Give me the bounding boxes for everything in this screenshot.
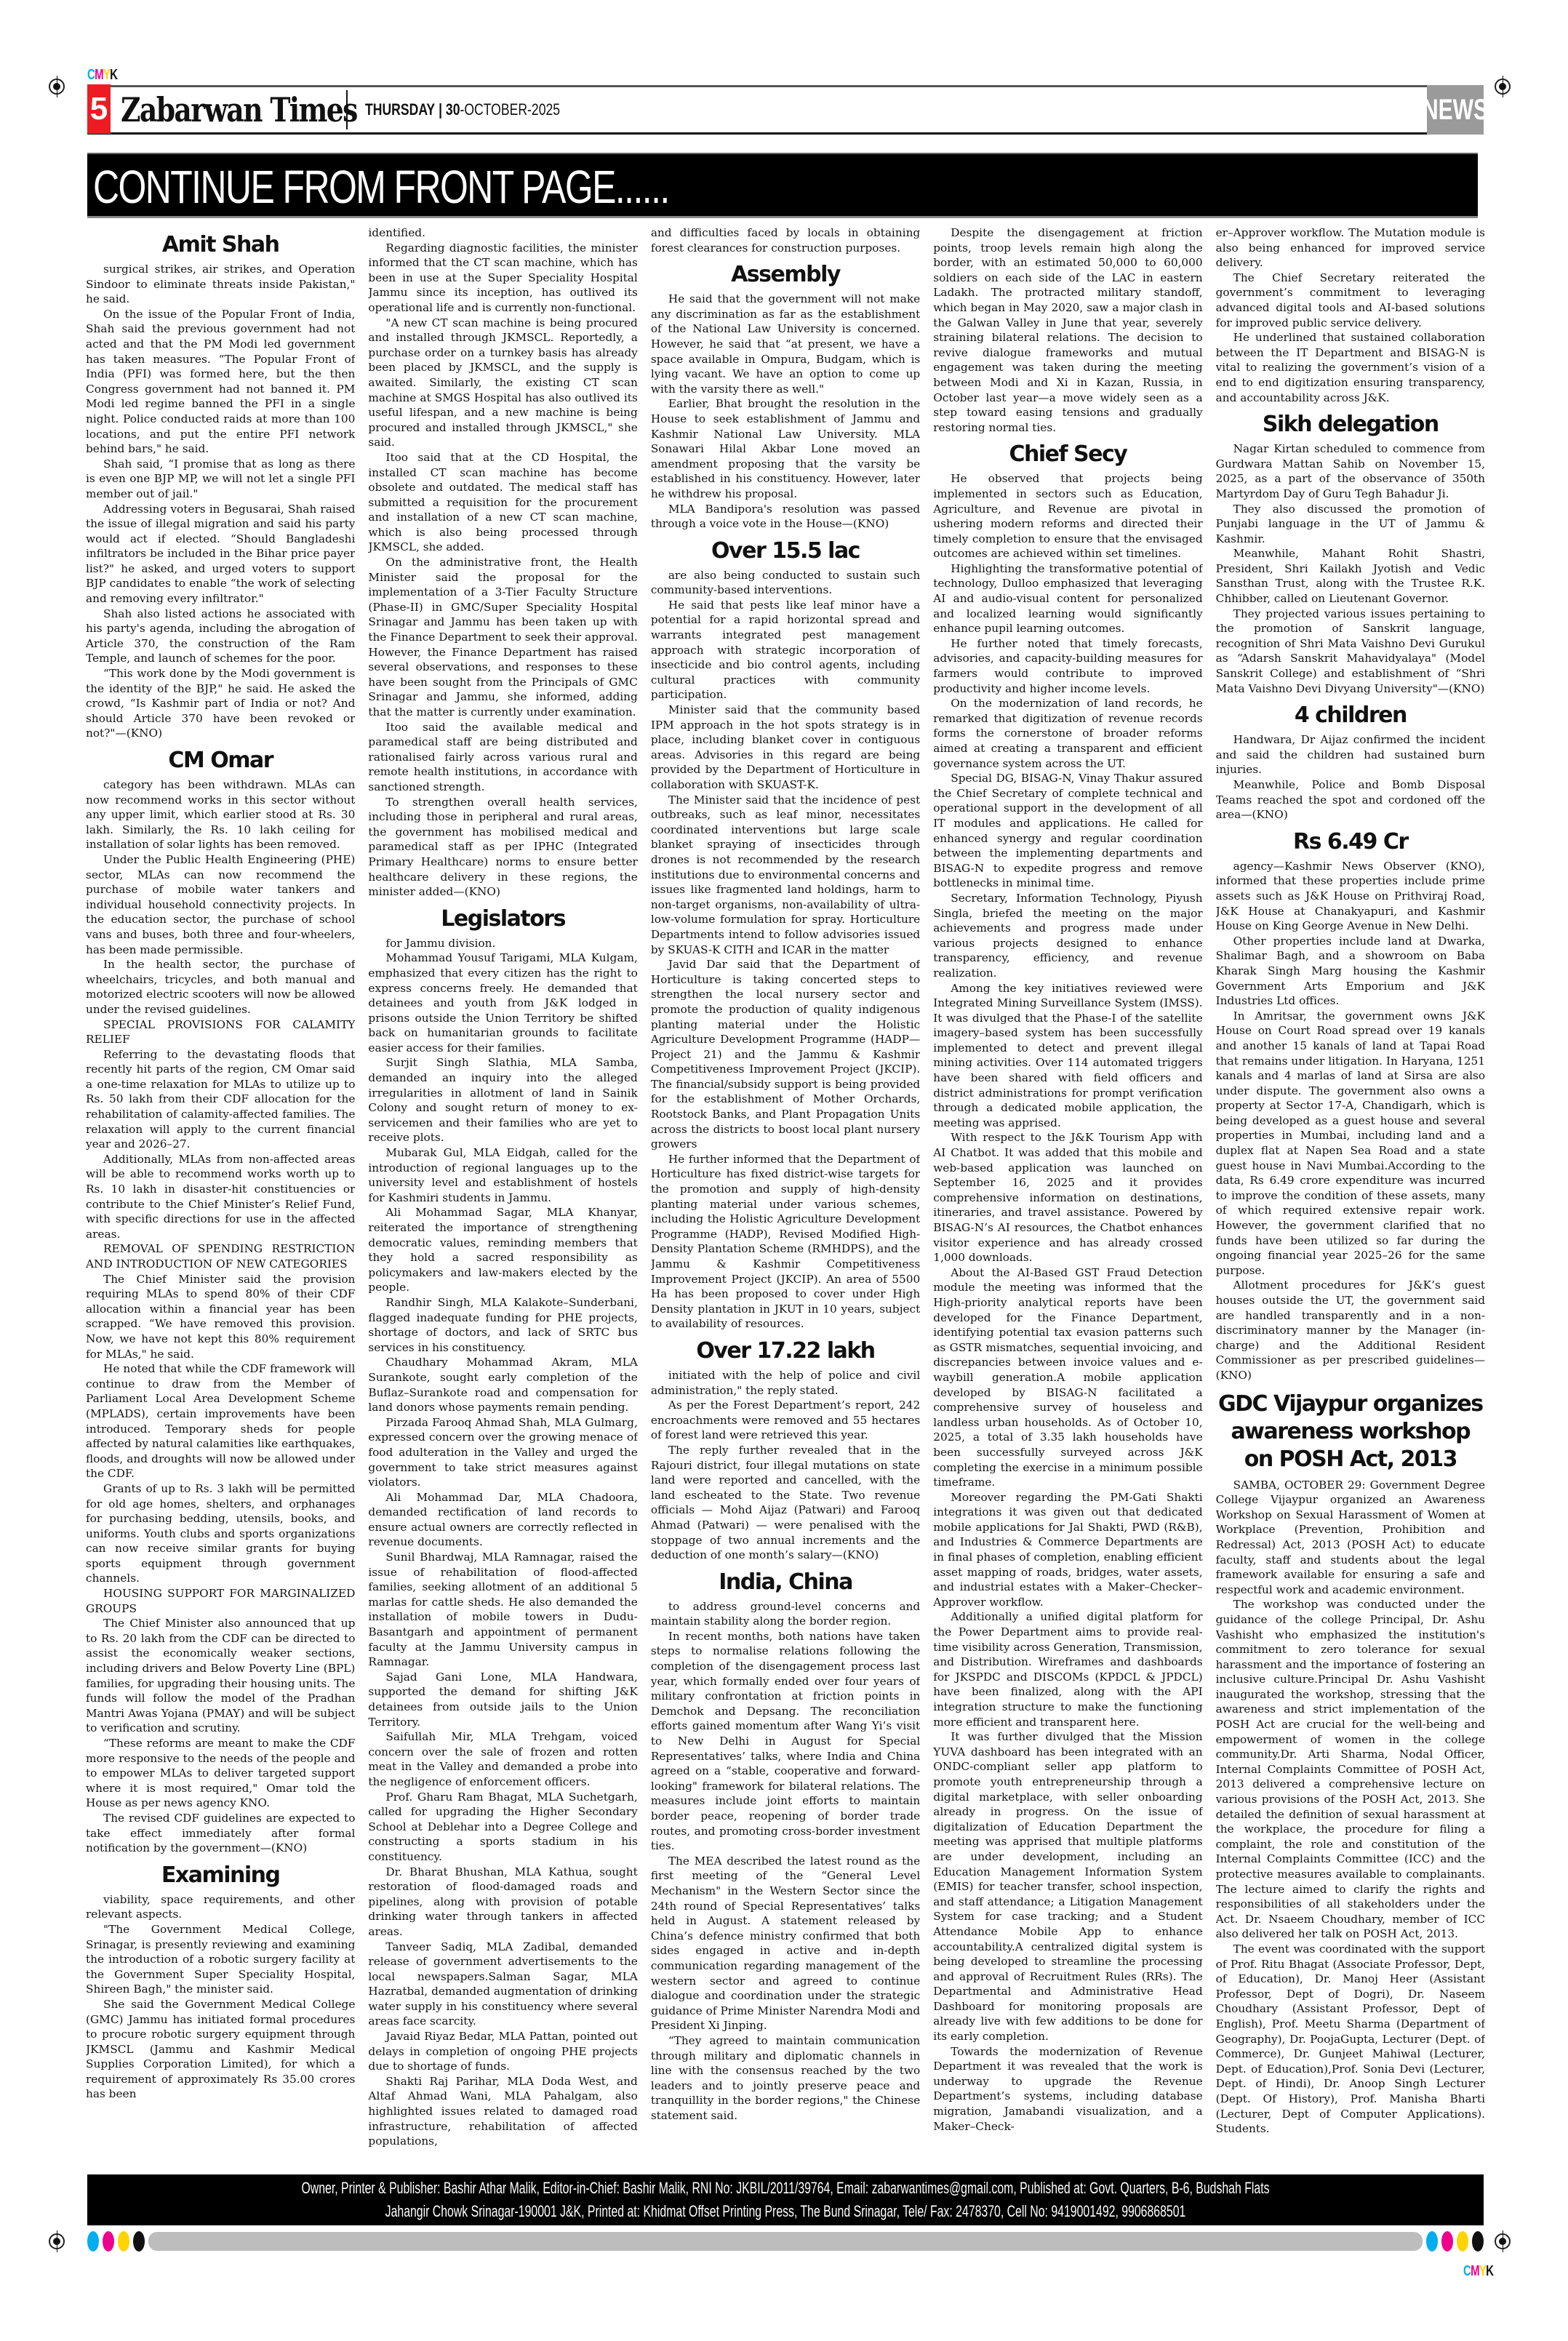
magenta-swatch: [1441, 2231, 1453, 2252]
article-headline: CM Omar: [86, 748, 355, 773]
registration-mark-icon: [1495, 79, 1511, 95]
article-paragraph: category has been withdrawn. MLAs can no…: [86, 777, 355, 852]
cyan-swatch: [87, 2231, 99, 2252]
article-paragraph: SPECIAL PROVISIONS FOR CALAMITY RELIEF: [86, 1017, 355, 1047]
article-paragraph: Additionally, MLAs from non-affected are…: [86, 1152, 355, 1242]
article-headline: Rs 6.49 Cr: [1216, 830, 1485, 855]
article-paragraph: The reply further revealed that in the R…: [651, 1443, 920, 1563]
article-paragraph: Regarding diagnostic facilities, the min…: [368, 241, 637, 316]
cmyk-c: C: [87, 67, 95, 83]
paper-name: Zabarwan Times: [121, 90, 335, 129]
article-paragraph: REMOVAL OF SPENDING RESTRICTION AND INTR…: [86, 1241, 355, 1271]
article-paragraph: Prof. Gharu Ram Bhagat, MLA Suchetgarh, …: [368, 1790, 637, 1865]
column-3: and difficulties faced by locals in obta…: [651, 225, 920, 2167]
article-paragraph: Allotment procedures for J&K’s guest hou…: [1216, 1278, 1485, 1382]
registration-mark-icon: [49, 2233, 65, 2249]
cmyk-y: Y: [103, 67, 110, 83]
cmyk-k: K: [1486, 2263, 1493, 2279]
issue-date: THURSDAY | 30-OCTOBER-2025: [365, 100, 560, 119]
article-paragraph: Javid Dar said that the Department of Ho…: [651, 957, 920, 1152]
section-label-text: NEWS: [1423, 94, 1488, 127]
article-headline: Assembly: [651, 263, 920, 287]
article-paragraph: Towards the modernization of Revenue Dep…: [933, 2044, 1202, 2134]
cmyk-k: K: [110, 67, 117, 83]
article-paragraph: SAMBA, OCTOBER 29: Government Degree Col…: [1216, 1478, 1485, 1598]
gray-bar: [148, 2232, 1423, 2251]
column-5: er–Approver workflow. The Mutation modul…: [1216, 225, 1485, 2167]
article-paragraph: He said that the government will not mak…: [651, 292, 920, 396]
article-paragraph: About the AI-Based GST Fraud Detection m…: [933, 1265, 1202, 1490]
article-paragraph: Under the Public Health Engineering (PHE…: [86, 852, 355, 957]
article-paragraph: Sunil Bhardwaj, MLA Ramnagar, raised the…: [368, 1550, 637, 1670]
article-headline: Over 17.22 lakh: [651, 1339, 920, 1364]
article-paragraph: “This work done by the Modi government i…: [86, 666, 355, 741]
article-paragraph: In recent months, both nations have take…: [651, 1629, 920, 1854]
article-paragraph: Itoo said that at the CD Hospital, the i…: [368, 450, 637, 555]
issue-day: THURSDAY: [365, 100, 435, 119]
article-paragraph: Earlier, Bhat brought the resolution in …: [651, 396, 920, 501]
article-columns: Amit Shahsurgical strikes, air strikes, …: [86, 225, 1485, 2167]
imprint-line-2: Jahangir Chowk Srinagar-190001 J&K, Prin…: [283, 2200, 1288, 2223]
cmyk-mark-top: CMYK: [87, 67, 117, 84]
column-1: Amit Shahsurgical strikes, air strikes, …: [86, 225, 355, 2167]
article-headline: Amit Shah: [86, 233, 355, 257]
cmyk-mark-bottom: CMYK: [1463, 2263, 1493, 2280]
cmyk-m: M: [1471, 2263, 1479, 2279]
article-paragraph: Shah also listed actions he associated w…: [86, 607, 355, 666]
cmyk-m: M: [95, 67, 103, 83]
article-headline: 4 children: [1216, 703, 1485, 728]
article-paragraph: He observed that projects being implemen…: [933, 471, 1202, 561]
article-paragraph: Mohammad Yousuf Tarigami, MLA Kulgam, em…: [368, 951, 637, 1055]
article-paragraph: On the issue of the Popular Front of Ind…: [86, 307, 355, 457]
article-paragraph: "The Government Medical College, Srinaga…: [86, 1922, 355, 1997]
article-paragraph: HOUSING SUPPORT FOR MARGINALIZED GROUPS: [86, 1586, 355, 1616]
article-paragraph: and difficulties faced by locals in obta…: [651, 225, 920, 255]
section-label: NEWS: [1427, 85, 1484, 135]
magenta-swatch: [103, 2231, 114, 2252]
article-paragraph: He underlined that sustained collaborati…: [1216, 330, 1485, 405]
article-paragraph: The Minister said that the incidence of …: [651, 793, 920, 958]
article-paragraph: Grants of up to Rs. 3 lakh will be permi…: [86, 1481, 355, 1586]
article-paragraph: Pirzada Farooq Ahmad Shah, MLA Gulmarg, …: [368, 1415, 637, 1490]
article-paragraph: MLA Bandipora's resolution was passed th…: [651, 502, 920, 532]
article-paragraph: He noted that while the CDF framework wi…: [86, 1361, 355, 1481]
article-paragraph: identified.: [368, 225, 637, 241]
article-paragraph: Other properties include land at Dwarka,…: [1216, 934, 1485, 1009]
page-number: 5: [87, 84, 111, 134]
black-swatch: [133, 2231, 145, 2252]
cmyk-y: Y: [1479, 2263, 1486, 2279]
article-headline: GDC Vijaypur organizes awareness worksho…: [1216, 1390, 1485, 1473]
article-paragraph: He further noted that timely forecasts, …: [933, 636, 1202, 696]
article-paragraph: On the administrative front, the Health …: [368, 555, 637, 720]
article-paragraph: for Jammu division.: [368, 936, 637, 951]
article-paragraph: In the health sector, the purchase of wh…: [86, 957, 355, 1017]
article-paragraph: Dr. Bharat Bhushan, MLA Kathua, sought r…: [368, 1865, 637, 1940]
issue-date-day: 30: [446, 100, 460, 119]
column-2: identified.Regarding diagnostic faciliti…: [368, 225, 637, 2167]
article-paragraph: Shakti Raj Parihar, MLA Doda West, and A…: [368, 2074, 637, 2149]
imprint-line-1: Owner, Printer & Publisher: Bashir Athar…: [283, 2177, 1288, 2200]
article-paragraph: Itoo said the available medical and para…: [368, 720, 637, 795]
issue-date-rest: -OCTOBER-2025: [460, 100, 560, 119]
article-paragraph: Nagar Kirtan scheduled to commence from …: [1216, 441, 1485, 501]
yellow-swatch: [1457, 2231, 1468, 2252]
article-paragraph: Surjit Singh Slathia, MLA Samba, demande…: [368, 1055, 637, 1145]
article-paragraph: Shah said, “I promise that as long as th…: [86, 457, 355, 502]
article-paragraph: With respect to the J&K Tourism App with…: [933, 1130, 1202, 1265]
article-headline: India, China: [651, 1570, 920, 1595]
article-paragraph: are also being conducted to sustain such…: [651, 568, 920, 598]
article-paragraph: Addressing voters in Begusarai, Shah rai…: [86, 502, 355, 607]
article-paragraph: As per the Forest Department’s report, 2…: [651, 1398, 920, 1443]
article-paragraph: He said that pests like leaf minor have …: [651, 598, 920, 703]
article-paragraph: The Chief Minister also announced that u…: [86, 1616, 355, 1736]
article-paragraph: He further informed that the Department …: [651, 1152, 920, 1332]
article-paragraph: surgical strikes, air strikes, and Opera…: [86, 262, 355, 307]
article-paragraph: The MEA described the latest round as th…: [651, 1854, 920, 2033]
column-4: Despite the disengagement at friction po…: [933, 225, 1202, 2167]
article-paragraph: Moreover regarding the PM-Gati Shakti in…: [933, 1490, 1202, 1610]
color-calibration-strip: [87, 2231, 1484, 2252]
article-headline: Over 15.5 lac: [651, 539, 920, 564]
banner-title: CONTINUE FROM FRONT PAGE......: [93, 160, 669, 214]
article-paragraph: The revised CDF guidelines are expected …: [86, 1811, 355, 1856]
cyan-swatch: [1426, 2231, 1438, 2252]
registration-mark-icon: [1495, 2233, 1511, 2249]
article-paragraph: To strengthen overall health services, i…: [368, 795, 637, 900]
article-paragraph: Javaid Riyaz Bedar, MLA Pattan, pointed …: [368, 2029, 637, 2074]
black-swatch: [1472, 2231, 1484, 2252]
article-paragraph: Meanwhile, Mahant Rohit Shastri, Preside…: [1216, 546, 1485, 606]
masthead: 5 Zabarwan Times THURSDAY | 30-OCTOBER-2…: [87, 85, 1484, 135]
section-banner: CONTINUE FROM FRONT PAGE......: [87, 153, 1478, 218]
article-paragraph: It was further divulged that the Mission…: [933, 1729, 1202, 2044]
article-paragraph: The workshop was conducted under the gui…: [1216, 1597, 1485, 1942]
article-paragraph: “These reforms are meant to make the CDF…: [86, 1736, 355, 1811]
article-paragraph: Chaudhary Mohammad Akram, MLA Surankote,…: [368, 1355, 637, 1414]
article-paragraph: Sajad Gani Lone, MLA Handwara, supported…: [368, 1670, 637, 1729]
article-paragraph: initiated with the help of police and ci…: [651, 1368, 920, 1398]
article-paragraph: Despite the disengagement at friction po…: [933, 225, 1202, 435]
article-paragraph: The Chief Minister said the provision re…: [86, 1272, 355, 1362]
imprint-footer: Owner, Printer & Publisher: Bashir Athar…: [87, 2174, 1484, 2225]
article-paragraph: They projected various issues pertaining…: [1216, 607, 1485, 697]
article-paragraph: On the modernization of land records, he…: [933, 696, 1202, 771]
article-paragraph: “They agreed to maintain communication t…: [651, 2033, 920, 2124]
cmyk-c: C: [1463, 2263, 1471, 2279]
yellow-swatch: [118, 2231, 129, 2252]
article-paragraph: In Amritsar, the government owns J&K Hou…: [1216, 1009, 1485, 1278]
registration-mark-icon: [49, 79, 65, 95]
date-separator: |: [439, 100, 442, 119]
article-paragraph: The event was coordinated with the suppo…: [1216, 1942, 1485, 2137]
article-paragraph: Referring to the devastating floods that…: [86, 1047, 355, 1152]
article-paragraph: er–Approver workflow. The Mutation modul…: [1216, 225, 1485, 271]
article-paragraph: Secretary, Information Technology, Piyus…: [933, 891, 1202, 981]
article-paragraph: Ali Mohammad Dar, MLA Chadoora, demanded…: [368, 1490, 637, 1550]
article-paragraph: Highlighting the transformative potentia…: [933, 561, 1202, 636]
article-paragraph: Minister said that the community based I…: [651, 703, 920, 793]
article-paragraph: Meanwhile, Police and Bomb Disposal Team…: [1216, 777, 1485, 823]
article-paragraph: viability, space requirements, and other…: [86, 1892, 355, 1922]
article-paragraph: They also discussed the promotion of Pun…: [1216, 502, 1485, 547]
article-paragraph: Randhir Singh, MLA Kalakote–Sunderbani, …: [368, 1295, 637, 1355]
article-paragraph: Saifullah Mir, MLA Trehgam, voiced conce…: [368, 1729, 637, 1789]
article-paragraph: Special DG, BISAG-N, Vinay Thakur assure…: [933, 771, 1202, 891]
article-headline: Sikh delegation: [1216, 412, 1485, 437]
article-paragraph: Ali Mohammad Sagar, MLA Khanyar, reitera…: [368, 1205, 637, 1295]
article-paragraph: The Chief Secretary reiterated the gover…: [1216, 271, 1485, 330]
article-paragraph: Additionally a unified digital platform …: [933, 1609, 1202, 1729]
article-paragraph: Mubarak Gul, MLA Eidgah, called for the …: [368, 1145, 637, 1205]
article-paragraph: to address ground-level concerns and mai…: [651, 1599, 920, 1629]
article-headline: Legislators: [368, 907, 637, 932]
article-paragraph: She said the Government Medical College …: [86, 1997, 355, 2102]
article-paragraph: Handwara, Dr Aijaz confirmed the inciden…: [1216, 732, 1485, 777]
article-paragraph: Among the key initiatives reviewed were …: [933, 981, 1202, 1131]
article-headline: Chief Secy: [933, 442, 1202, 467]
article-paragraph: Tanveer Sadiq, MLA Zadibal, demanded rel…: [368, 1940, 637, 2030]
article-paragraph: "A new CT scan machine is being procured…: [368, 316, 637, 450]
article-paragraph: agency—Kashmir News Observer (KNO), info…: [1216, 859, 1485, 934]
article-headline: Examining: [86, 1863, 355, 1888]
